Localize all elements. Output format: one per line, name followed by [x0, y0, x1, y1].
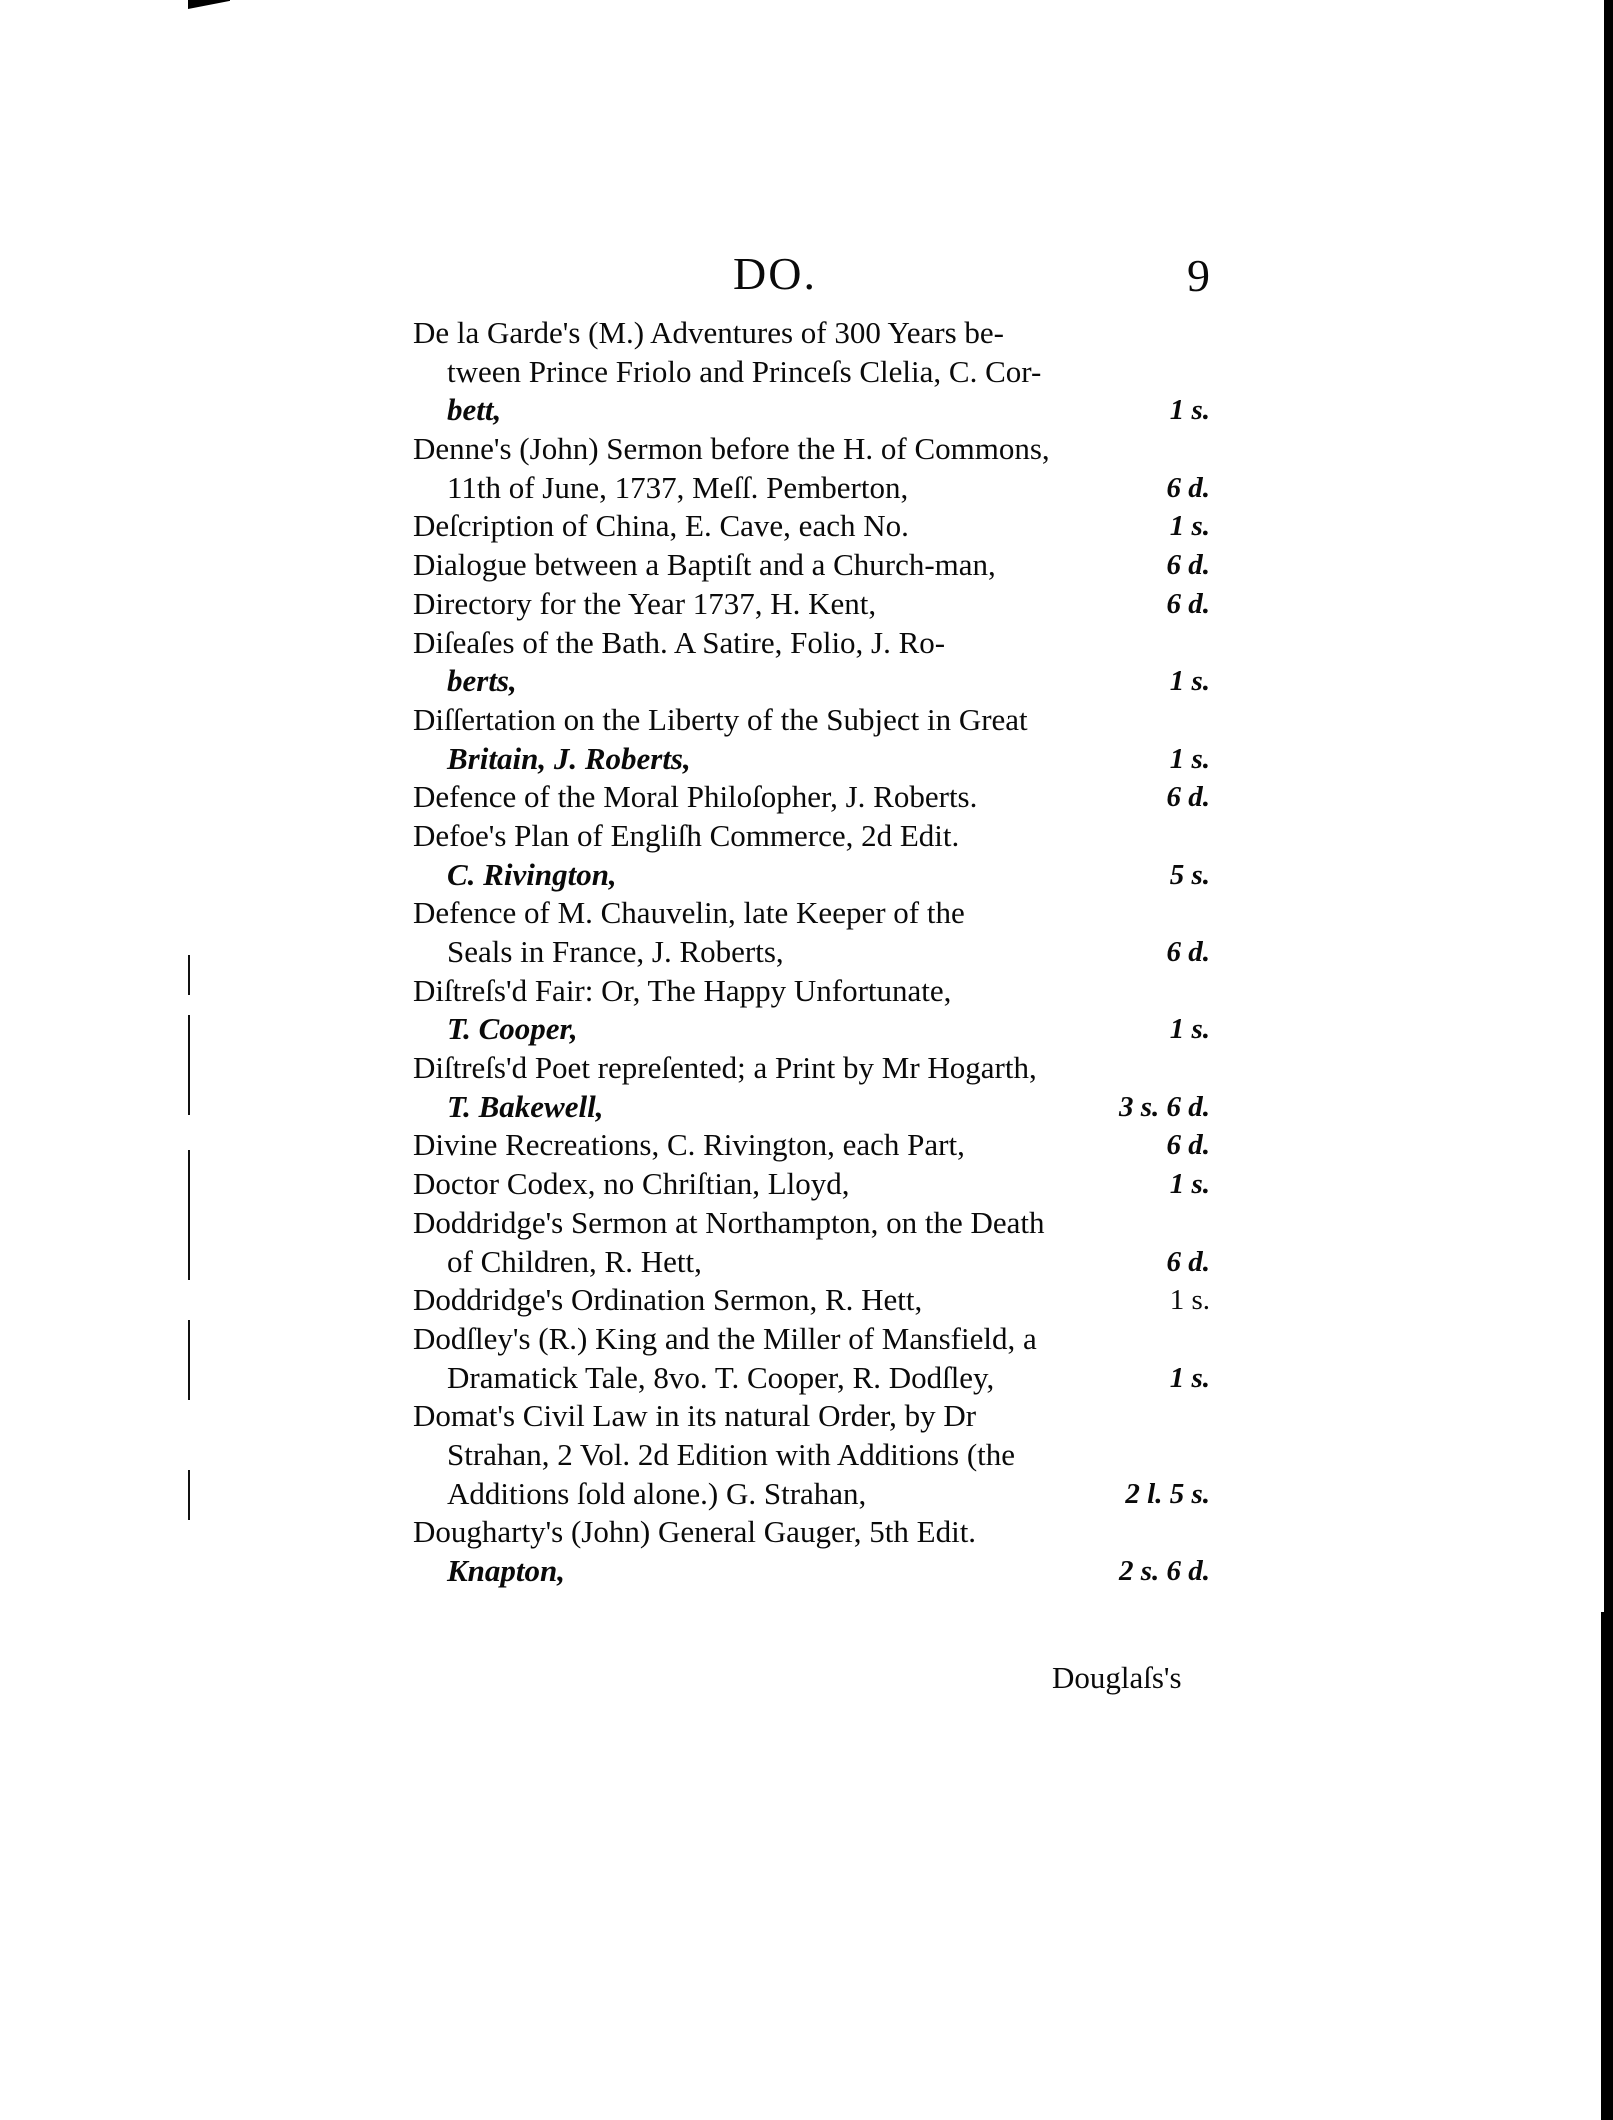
price: 6 d. — [1167, 933, 1211, 972]
price: 6 d. — [1167, 585, 1211, 624]
entry-line: Diſeaſes of the Bath. A Satire, Folio, J… — [413, 624, 1210, 663]
gutter-mark — [188, 1470, 190, 1520]
price: 1 s. — [1170, 1165, 1210, 1204]
running-head: DO. — [733, 247, 817, 300]
entry-line: Knapton,2 s. 6 d. — [413, 1552, 1210, 1591]
price: 6 d. — [1167, 1243, 1211, 1282]
catalogue-entries: De la Garde's (M.) Adventures of 300 Yea… — [413, 314, 1210, 1591]
entry-line: Dialogue between a Baptiſt and a Church-… — [413, 546, 1210, 585]
entry-line: Defoe's Plan of Engliſh Commerce, 2d Edi… — [413, 817, 1210, 856]
entry-line: Doddridge's Sermon at Northampton, on th… — [413, 1204, 1210, 1243]
entry-line: Britain, J. Roberts,1 s. — [413, 740, 1210, 779]
entry-line: Diſſertation on the Liberty of the Subje… — [413, 701, 1210, 740]
gutter-mark — [188, 955, 190, 995]
entry-line: berts,1 s. — [413, 662, 1210, 701]
catchword: Douglaſs's — [1052, 1660, 1182, 1696]
gutter-mark — [188, 1015, 190, 1115]
price: 1 s. — [1170, 1010, 1210, 1049]
entry-line: Diſtreſs'd Poet repreſented; a Print by … — [413, 1049, 1210, 1088]
entry-line: bett,1 s. — [413, 391, 1210, 430]
entry-line: Seals in France, J. Roberts,6 d. — [413, 933, 1210, 972]
price: 6 d. — [1167, 469, 1211, 508]
price: 1 s. — [1170, 1281, 1210, 1320]
price: 1 s. — [1170, 391, 1210, 430]
entry-line: Additions ſold alone.) G. Strahan,2 l. 5… — [413, 1475, 1210, 1514]
entry-line: Divine Recreations, C. Rivington, each P… — [413, 1126, 1210, 1165]
price: 2 l. 5 s. — [1125, 1475, 1210, 1514]
price: 1 s. — [1170, 662, 1210, 701]
price: 2 s. 6 d. — [1119, 1552, 1210, 1591]
price: 1 s. — [1170, 1359, 1210, 1398]
price: 3 s. 6 d. — [1119, 1088, 1210, 1127]
entry-line: C. Rivington,5 s. — [413, 856, 1210, 895]
entry-line: Deſcription of China, E. Cave, each No.1… — [413, 507, 1210, 546]
entry-line: Denne's (John) Sermon before the H. of C… — [413, 430, 1210, 469]
entry-line: T. Bakewell,3 s. 6 d. — [413, 1088, 1210, 1127]
entry-line: T. Cooper,1 s. — [413, 1010, 1210, 1049]
price: 6 d. — [1167, 1126, 1211, 1165]
entry-line: Dramatick Tale, 8vo. T. Cooper, R. Dodſl… — [413, 1359, 1210, 1398]
entry-line: Defence of the Moral Philoſopher, J. Rob… — [413, 778, 1210, 817]
page-header: DO. 9 — [413, 247, 1210, 307]
page-number: 9 — [1187, 249, 1210, 302]
entry-line: tween Prince Friolo and Princeſs Clelia,… — [413, 353, 1210, 392]
entry-line: Strahan, 2 Vol. 2d Edition with Addition… — [413, 1436, 1210, 1475]
entry-line: De la Garde's (M.) Adventures of 300 Yea… — [413, 314, 1210, 353]
price: 5 s. — [1170, 856, 1210, 895]
entry-line: Dougharty's (John) General Gauger, 5th E… — [413, 1513, 1210, 1552]
entry-line: Dodſley's (R.) King and the Miller of Ma… — [413, 1320, 1210, 1359]
page-edge-border-lower — [1601, 1612, 1613, 2120]
gutter-mark — [188, 1190, 190, 1280]
entry-line: Directory for the Year 1737, H. Kent,6 d… — [413, 585, 1210, 624]
price: 6 d. — [1167, 778, 1211, 817]
entry-line: of Children, R. Hett,6 d. — [413, 1243, 1210, 1282]
entry-line: Doctor Codex, no Chriſtian, Lloyd,1 s. — [413, 1165, 1210, 1204]
price: 1 s. — [1170, 507, 1210, 546]
entry-line: Defence of M. Chauvelin, late Keeper of … — [413, 894, 1210, 933]
gutter-mark — [188, 1320, 190, 1400]
price: 1 s. — [1170, 740, 1210, 779]
entry-line: Domat's Civil Law in its natural Order, … — [413, 1397, 1210, 1436]
entry-line: 11th of June, 1737, Meſſ. Pemberton,6 d. — [413, 469, 1210, 508]
scan-mark-top — [188, 0, 230, 9]
price: 6 d. — [1167, 546, 1211, 585]
entry-line: Doddridge's Ordination Sermon, R. Hett,1… — [413, 1281, 1210, 1320]
entry-line: Diſtreſs'd Fair: Or, The Happy Unfortuna… — [413, 972, 1210, 1011]
